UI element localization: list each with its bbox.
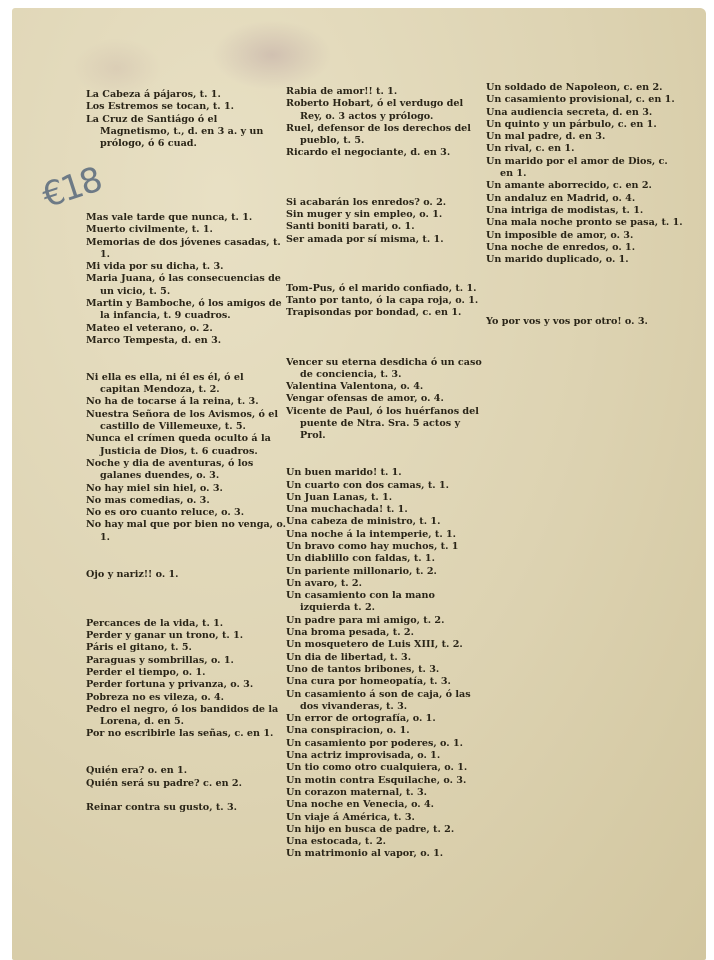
catalog-entry: Un motin contra Esquilache, o. 3. <box>286 775 484 787</box>
paper-stain <box>212 20 332 90</box>
catalog-entry: No mas comedias, o. 3. <box>86 495 286 507</box>
spacer <box>486 303 684 315</box>
spacer <box>86 200 286 212</box>
catalog-entry: Una actriz improvisada, o. 1. <box>286 750 484 762</box>
catalog-entry: Maria Juana, ó las consecuencias de un v… <box>86 273 286 298</box>
catalog-entry: Tom-Pus, ó el marido confiado, t. 1. <box>286 283 484 295</box>
spacer <box>286 258 484 270</box>
catalog-column-2: Rabia de amor!! t. 1.Roberto Hobart, ó e… <box>286 86 484 861</box>
catalog-entry: Pobreza no es vileza, o. 4. <box>86 692 286 704</box>
catalog-entry: Un mosquetero de Luis XIII, t. 2. <box>286 639 484 651</box>
catalog-entry: No es oro cuanto reluce, o. 3. <box>86 507 286 519</box>
spacer <box>486 279 684 291</box>
catalog-entry: Ojo y nariz!! o. 1. <box>86 569 286 581</box>
spacer <box>286 184 484 196</box>
catalog-entry: Un imposible de amor, o. 3. <box>486 230 684 242</box>
catalog-entry: Vengar ofensas de amor, o. 4. <box>286 393 484 405</box>
catalog-entry: Una conspiracion, o. 1. <box>286 725 484 737</box>
catalog-entry: Ni ella es ella, ni él es él, ó el capit… <box>86 372 286 397</box>
catalog-entry: Una noche á la intemperie, t. 1. <box>286 529 484 541</box>
spacer <box>86 187 286 199</box>
catalog-column-1: La Cabeza á pájaros, t. 1.Los Estremos s… <box>86 89 286 815</box>
catalog-entry: Quién era? o. en 1. <box>86 765 286 777</box>
catalog-entry: Percances de la vida, t. 1. <box>86 618 286 630</box>
catalog-entry: Ser amada por sí misma, t. 1. <box>286 234 484 246</box>
catalog-entry: La Cabeza á pájaros, t. 1. <box>86 89 286 101</box>
catalog-entry: Un error de ortografía, o. 1. <box>286 713 484 725</box>
spacer <box>286 455 484 467</box>
catalog-entry: Un bravo como hay muchos, t. 1 <box>286 541 484 553</box>
catalog-entry: Un quinto y un párbulo, c. en 1. <box>486 119 684 131</box>
catalog-column-3: Un soldado de Napoleon, c. en 2.Un casam… <box>486 82 684 328</box>
spacer <box>286 160 484 172</box>
spacer <box>86 360 286 372</box>
spacer <box>86 556 286 568</box>
catalog-entry: Páris el gitano, t. 5. <box>86 642 286 654</box>
spacer <box>86 605 286 617</box>
spacer <box>286 443 484 455</box>
catalog-entry: Una noche en Venecia, o. 4. <box>286 799 484 811</box>
catalog-entry: Una cabeza de ministro, t. 1. <box>286 516 484 528</box>
catalog-entry: Una cura por homeopatía, t. 3. <box>286 676 484 688</box>
catalog-entry: Un buen marido! t. 1. <box>286 467 484 479</box>
catalog-entry: Tanto por tanto, ó la capa roja, o. 1. <box>286 295 484 307</box>
catalog-entry: Martin y Bamboche, ó los amigos de la in… <box>86 298 286 323</box>
catalog-entry: Marco Tempesta, d. en 3. <box>86 335 286 347</box>
spacer <box>86 581 286 593</box>
spacer <box>86 544 286 556</box>
catalog-entry: Pedro el negro, ó los bandidos de la Lor… <box>86 704 286 729</box>
catalog-entry: Mateo el veterano, o. 2. <box>86 323 286 335</box>
catalog-entry: Una estocada, t. 2. <box>286 836 484 848</box>
catalog-entry: Un dia de libertad, t. 3. <box>286 652 484 664</box>
catalog-entry: Paraguas y sombrillas, o. 1. <box>86 655 286 667</box>
catalog-entry: Un casamiento con la mano izquierda t. 2… <box>286 590 484 615</box>
spacer <box>286 172 484 184</box>
catalog-entry: Una mala noche pronto se pasa, t. 1. <box>486 217 684 229</box>
spacer <box>486 291 684 303</box>
catalog-entry: Noche y dia de aventuras, ó los galanes … <box>86 458 286 483</box>
spacer <box>286 270 484 282</box>
catalog-entry: Un tio como otro cualquiera, o. 1. <box>286 762 484 774</box>
catalog-entry: No hay miel sin hiel, o. 3. <box>86 483 286 495</box>
spacer <box>86 593 286 605</box>
spacer <box>286 246 484 258</box>
catalog-entry: Los Estremos se tocan, t. 1. <box>86 101 286 113</box>
spacer <box>86 163 286 175</box>
catalog-entry: Si acabarán los enredos? o. 2. <box>286 197 484 209</box>
catalog-entry: Mi vida por su dicha, t. 3. <box>86 261 286 273</box>
catalog-entry: Perder fortuna y privanza, o. 3. <box>86 679 286 691</box>
catalog-entry: Una noche de enredos, o. 1. <box>486 242 684 254</box>
catalog-entry: Ricardo el negociante, d. en 3. <box>286 147 484 159</box>
catalog-entry: Un casamiento á son de caja, ó las dos v… <box>286 689 484 714</box>
catalog-entry: Un pariente millonario, t. 2. <box>286 566 484 578</box>
catalog-entry: Reinar contra su gusto, t. 3. <box>86 802 286 814</box>
spacer <box>486 266 684 278</box>
catalog-entry: Santi boniti barati, o. 1. <box>286 221 484 233</box>
catalog-entry: Rabia de amor!! t. 1. <box>286 86 484 98</box>
catalog-entry: Un hijo en busca de padre, t. 2. <box>286 824 484 836</box>
catalog-entry: Un marido duplicado, o. 1. <box>486 254 684 266</box>
catalog-entry: Nunca el crímen queda oculto á la Justic… <box>86 433 286 458</box>
spacer <box>86 150 286 162</box>
catalog-entry: Un Juan Lanas, t. 1. <box>286 492 484 504</box>
catalog-entry: Un marido por el amor de Dios, c. en 1. <box>486 156 684 181</box>
spacer <box>86 753 286 765</box>
catalog-entry: Un viaje á América, t. 3. <box>286 812 484 824</box>
catalog-entry: Un mal padre, d. en 3. <box>486 131 684 143</box>
catalog-entry: Mas vale tarde que nunca, t. 1. <box>86 212 286 224</box>
catalog-entry: Quién será su padre? c. en 2. <box>86 778 286 790</box>
spacer <box>286 344 484 356</box>
catalog-entry: Una audiencia secreta, d. en 3. <box>486 107 684 119</box>
catalog-entry: Un casamiento provisional, c. en 1. <box>486 94 684 106</box>
spacer <box>86 347 286 359</box>
catalog-entry: Un amante aborrecido, c. en 2. <box>486 180 684 192</box>
catalog-entry: Una muchachada! t. 1. <box>286 504 484 516</box>
catalog-entry: Una intriga de modistas, t. 1. <box>486 205 684 217</box>
catalog-entry: Sin muger y sin empleo, o. 1. <box>286 209 484 221</box>
spacer <box>286 332 484 344</box>
catalog-entry: Un diablillo con faldas, t. 1. <box>286 553 484 565</box>
catalog-entry: Roberto Hobart, ó el verdugo del Rey, o.… <box>286 98 484 123</box>
spacer <box>86 790 286 802</box>
catalog-entry: Uno de tantos bribones, t. 3. <box>286 664 484 676</box>
catalog-entry: Memorias de dos jóvenes casadas, t. 1. <box>86 237 286 262</box>
catalog-entry: Perder y ganar un trono, t. 1. <box>86 630 286 642</box>
spacer <box>86 741 286 753</box>
catalog-entry: Vencer su eterna desdicha ó un caso de c… <box>286 357 484 382</box>
catalog-entry: Trapisondas por bondad, c. en 1. <box>286 307 484 319</box>
catalog-entry: Un avaro, t. 2. <box>286 578 484 590</box>
catalog-entry: Un padre para mi amigo, t. 2. <box>286 615 484 627</box>
catalog-entry: Perder el tiempo, o. 1. <box>86 667 286 679</box>
catalog-entry: Un cuarto con dos camas, t. 1. <box>286 480 484 492</box>
catalog-entry: No hay mal que por bien no venga, o. 1. <box>86 519 286 544</box>
catalog-entry: Un corazon maternal, t. 3. <box>286 787 484 799</box>
spacer <box>286 320 484 332</box>
catalog-entry: Un rival, c. en 1. <box>486 143 684 155</box>
catalog-entry: Yo por vos y vos por otro! o. 3. <box>486 316 684 328</box>
catalog-entry: Un soldado de Napoleon, c. en 2. <box>486 82 684 94</box>
catalog-entry: No ha de tocarse á la reina, t. 3. <box>86 396 286 408</box>
catalog-entry: Un andaluz en Madrid, o. 4. <box>486 193 684 205</box>
catalog-entry: La Cruz de Santiágo ó el Magnetismo, t.,… <box>86 114 286 151</box>
catalog-entry: Una broma pesada, t. 2. <box>286 627 484 639</box>
catalog-entry: Un casamiento por poderes, o. 1. <box>286 738 484 750</box>
catalog-entry: Vicente de Paul, ó los huérfanos del pue… <box>286 406 484 443</box>
catalog-entry: Muerto civilmente, t. 1. <box>86 224 286 236</box>
spacer <box>86 175 286 187</box>
catalog-entry: Un matrimonio al vapor, o. 1. <box>286 848 484 860</box>
catalog-entry: Nuestra Señora de los Avismos, ó el cast… <box>86 409 286 434</box>
catalog-entry: Por no escribirle las señas, c. en 1. <box>86 728 286 740</box>
catalog-entry: Ruel, defensor de los derechos del puebl… <box>286 123 484 148</box>
catalog-entry: Valentina Valentona, o. 4. <box>286 381 484 393</box>
